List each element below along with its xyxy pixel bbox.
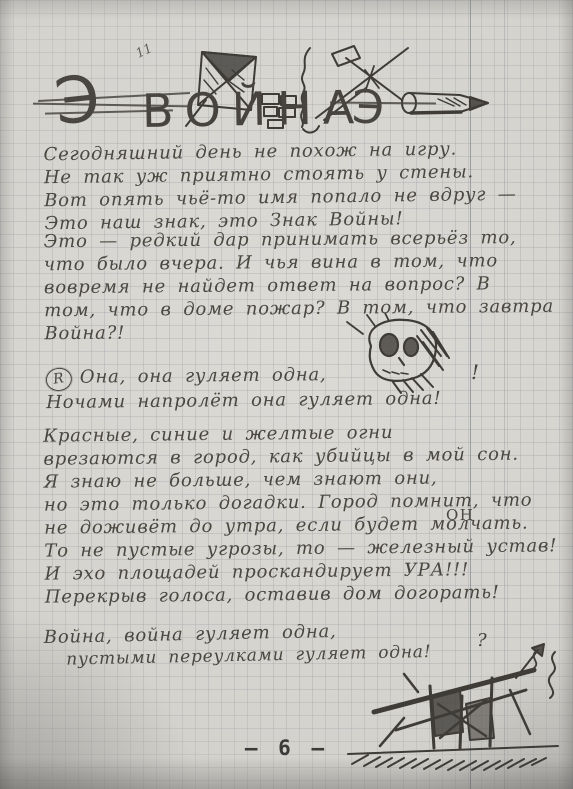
lyric-line: Война?!: [44, 318, 554, 345]
inserted-word: ОН: [446, 506, 474, 524]
page-number: – 6 –: [0, 736, 573, 760]
suffix-letter: Э: [351, 79, 385, 134]
crossed-out-letter: Э: [51, 62, 103, 140]
page-title: ВОЙНА: [142, 80, 366, 138]
stanza-2: Это — редкий дар принимать всерьёз то, ч…: [44, 226, 555, 345]
lyric-line: Перекрыв голоса, оставив дом догорать!: [45, 580, 558, 608]
lyric-line: Ночами напролёт она гуляет одна!: [46, 387, 442, 414]
lyric-line: том, что в доме пожар? В том, что завтра: [44, 295, 554, 322]
stanza-1: Сегодняшний день не похож на игру. Не та…: [43, 137, 517, 236]
stray-exclamation: !: [471, 360, 479, 384]
stray-question-mark: ?: [477, 630, 487, 651]
refrain-marker: R: [44, 366, 73, 393]
stanza-3: Красные, синие и желтые огни врезаются в…: [43, 419, 558, 608]
notebook-page-scan: 11: [0, 0, 573, 789]
refrain: RОна, она гуляет одна, Ночами напролёт о…: [46, 362, 442, 414]
lyric-line: Она, она гуляет одна,: [80, 364, 327, 388]
finale: Война, война гуляет одна, пустыми переул…: [44, 618, 432, 672]
